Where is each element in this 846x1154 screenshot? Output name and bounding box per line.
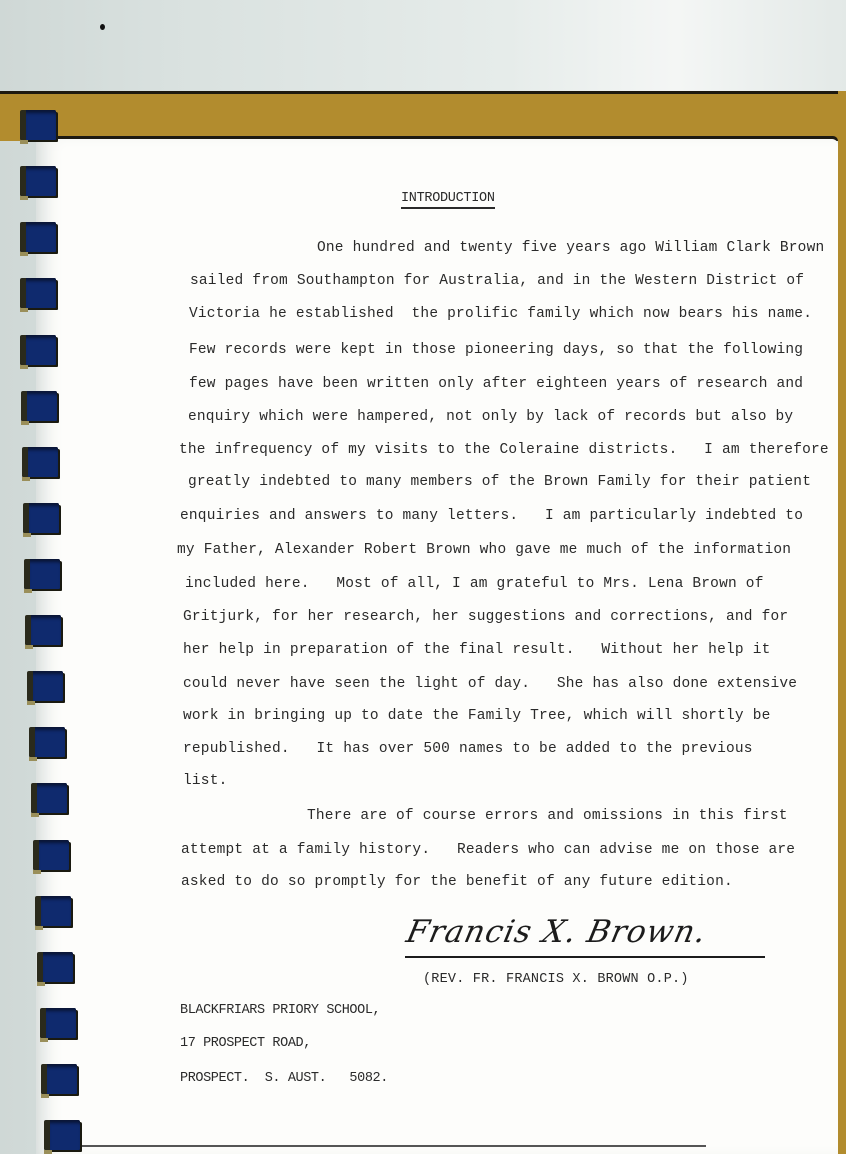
- text-line: my Father, Alexander Robert Brown who ga…: [177, 542, 791, 558]
- address-line: 17 PROSPECT ROAD,: [180, 1036, 311, 1051]
- address-line: BLACKFRIARS PRIORY SCHOOL,: [180, 1003, 380, 1018]
- page-bottom-edge: [56, 1145, 706, 1147]
- text-line: included here. Most of all, I am gratefu…: [185, 576, 764, 592]
- binding-ring-icon: [40, 1008, 76, 1038]
- text-line: list.: [183, 773, 228, 789]
- binding-ring-icon: [44, 1120, 80, 1150]
- text-line: the infrequency of my visits to the Cole…: [179, 442, 829, 458]
- text-line: work in bringing up to date the Family T…: [183, 708, 771, 724]
- binding-ring-icon: [31, 783, 67, 813]
- binding-ring-icon: [20, 278, 56, 308]
- text-line: Victoria he established the prolific fam…: [189, 306, 812, 322]
- binding-ring-icon: [23, 503, 59, 533]
- text-line: could never have seen the light of day. …: [183, 676, 797, 692]
- binding-ring-icon: [20, 166, 56, 196]
- text-line: Few records were kept in those pioneerin…: [189, 342, 803, 358]
- text-line: few pages have been written only after e…: [189, 376, 803, 392]
- binding-ring-icon: [35, 896, 71, 926]
- binding-ring-icon: [20, 335, 56, 365]
- binding-ring-icon: [37, 952, 73, 982]
- binder-cover-edge: [0, 91, 846, 141]
- binding-ring-icon: [33, 840, 69, 870]
- binding-ring-icon: [21, 391, 57, 421]
- binder-cover-right-edge: [838, 91, 846, 1154]
- text-line: attempt at a family history. Readers who…: [181, 842, 795, 858]
- signature-line: [405, 956, 765, 958]
- text-line: One hundred and twenty five years ago Wi…: [317, 240, 824, 256]
- text-line: asked to do so promptly for the benefit …: [181, 874, 733, 890]
- binding-ring-icon: [24, 559, 60, 589]
- dust-speck: [100, 24, 105, 30]
- signature-block: Francis X. Brown.: [405, 912, 765, 958]
- signatory-name: (REV. FR. FRANCIS X. BROWN O.P.): [423, 972, 689, 987]
- text-line: Gritjurk, for her research, her suggesti…: [183, 609, 788, 625]
- binding-ring-icon: [41, 1064, 77, 1094]
- binding-ring-icon: [25, 615, 61, 645]
- binding-ring-icon: [29, 727, 65, 757]
- binding-ring-icon: [20, 222, 56, 252]
- text-line: republished. It has over 500 names to be…: [183, 741, 753, 757]
- text-line: enquiry which were hampered, not only by…: [188, 409, 793, 425]
- binding-ring-icon: [20, 110, 56, 140]
- text-line: greatly indebted to many members of the …: [188, 474, 811, 490]
- address-line: PROSPECT. S. AUST. 5082.: [180, 1071, 388, 1086]
- text-line: sailed from Southampton for Australia, a…: [190, 273, 804, 289]
- text-line: There are of course errors and omissions…: [307, 808, 788, 824]
- binding-ring-icon: [22, 447, 58, 477]
- binding-ring-icon: [27, 671, 63, 701]
- text-line: enquiries and answers to many letters. I…: [180, 508, 803, 524]
- page-title: INTRODUCTION: [401, 191, 495, 209]
- handwritten-signature: Francis X. Brown.: [403, 914, 710, 950]
- text-line: her help in preparation of the final res…: [183, 642, 771, 658]
